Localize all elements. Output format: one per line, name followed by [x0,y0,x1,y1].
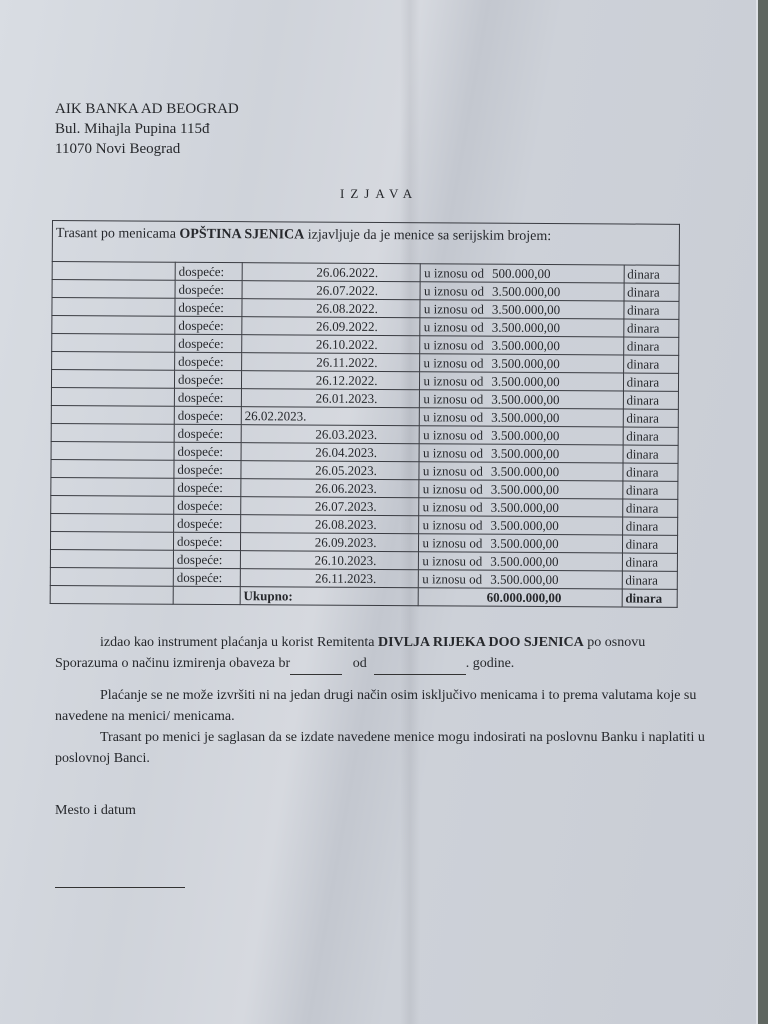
amount-value: 3.500.000,00 [490,517,558,534]
due-label: dospeće: [173,532,240,550]
due-date: 26.07.2023. [241,497,420,516]
p1-od: od [353,656,367,671]
due-label: dospeće: [174,460,241,478]
amount-cell: u iznosu od3.500.000,00 [419,534,622,553]
due-date: 26.08.2022. [242,299,421,318]
total-label: Ukupno: [240,587,419,606]
total-empty-1 [50,585,173,604]
serial-number-cell [51,459,174,478]
amount-value: 3.500.000,00 [491,355,559,372]
amount-cell: u iznosu od3.500.000,00 [420,426,623,445]
total-row: Ukupno:60.000.000,00dinara [50,585,677,607]
due-date: 26.09.2022. [242,317,421,336]
serial-number-cell [52,316,175,335]
serial-number-cell [51,441,174,460]
amount-label: u iznosu od [423,499,483,514]
serial-number-cell [51,513,174,532]
amount-label: u iznosu od [422,571,482,586]
amount-value: 3.500.000,00 [491,373,559,390]
due-date: 26.10.2023. [240,551,419,570]
p1-mid: po osnovu [587,635,645,650]
amount-cell: u iznosu od3.500.000,00 [419,498,622,517]
currency: dinara [622,535,677,553]
due-label: dospeće: [175,334,242,352]
amount-value: 3.500.000,00 [491,445,559,462]
intro-suffix: izjavljuje da je menice sa serijskim bro… [308,228,551,244]
amount-label: u iznosu od [424,283,484,298]
amount-cell: u iznosu od3.500.000,00 [419,480,622,499]
due-label: dospeće: [174,496,241,514]
bank-name: AIK BANKA AD BEOGRAD [55,99,239,119]
due-date: 26.09.2023. [240,533,419,552]
due-label: dospeće: [175,316,242,334]
p1-prefix: izdao kao instrument plaćanja u korist R… [100,635,374,650]
amount-label: u iznosu od [424,301,484,316]
amount-value: 3.500.000,00 [492,337,560,354]
amount-value: 3.500.000,00 [491,427,559,444]
amount-cell: u iznosu od3.500.000,00 [420,300,623,319]
currency: dinara [622,499,677,517]
serial-number-cell [50,567,173,586]
addressee-block: AIK BANKA AD BEOGRAD Bul. Mihajla Pupina… [55,99,239,159]
serial-number-cell [51,495,174,514]
amount-label: u iznosu od [423,517,483,532]
amount-cell: u iznosu od3.500.000,00 [420,408,623,427]
due-date: 26.11.2022. [241,353,420,372]
amount-cell: u iznosu od3.500.000,00 [419,516,622,535]
due-label: dospeće: [175,352,242,370]
serial-number-cell [51,405,174,424]
amount-value: 3.500.000,00 [491,499,559,516]
amount-value: 3.500.000,00 [492,301,560,318]
intro-cell: Trasant po menicama OPŠTINA SJENICA izja… [52,221,679,266]
amount-cell: u iznosu od3.500.000,00 [420,354,623,373]
currency: dinara [623,427,678,445]
due-date: 26.01.2023. [241,389,420,408]
due-date: 26.06.2022. [242,263,421,282]
amount-cell: u iznosu od3.500.000,00 [420,336,623,355]
serial-number-cell [52,280,175,299]
serial-number-cell [51,423,174,442]
paragraph-issuance: izdao kao instrument plaćanja u korist R… [55,632,705,675]
due-label: dospeće: [174,370,241,388]
due-label: dospeće: [174,406,241,424]
serial-number-cell [51,387,174,406]
amount-label: u iznosu od [423,373,483,388]
amount-cell: u iznosu od3.500.000,00 [420,282,623,301]
intro-prefix: Trasant po menicama [56,226,176,242]
currency: dinara [623,319,678,337]
amount-label: u iznosu od [423,427,483,442]
total-currency: dinara [622,589,677,607]
serial-number-cell [51,477,174,496]
amount-value: 3.500.000,00 [491,481,559,498]
amount-cell: u iznosu od3.500.000,00 [419,462,622,481]
due-date: 26.07.2022. [242,281,421,300]
currency: dinara [622,571,677,589]
amount-cell: u iznosu od3.500.000,00 [419,444,622,463]
currency: dinara [623,391,678,409]
currency: dinara [623,409,678,427]
serial-number-cell [52,334,175,353]
amount-value: 3.500.000,00 [490,535,558,552]
due-date: 26.10.2022. [242,335,421,354]
due-date: 26.05.2023. [241,461,420,480]
amount-value: 3.500.000,00 [491,409,559,426]
amount-cell: u iznosu od3.500.000,00 [420,390,623,409]
amount-label: u iznosu od [423,463,483,478]
signature-line[interactable] [55,887,185,888]
amount-cell: u iznosu od3.500.000,00 [419,552,622,571]
amount-value: 500.000,00 [492,265,551,282]
due-label: dospeće: [173,550,240,568]
due-date: 26.04.2023. [241,443,420,462]
p1-suffix: . godine. [466,656,515,671]
currency: dinara [622,553,677,571]
serial-number-cell [51,370,174,389]
payee-name: DIVLJA RIJEKA DOO SJENICA [378,635,584,650]
amount-cell: u iznosu od3.500.000,00 [420,372,623,391]
due-label: dospeće: [175,280,242,298]
paragraph-payment: Plaćanje se ne može izvršiti ni na jedan… [55,685,705,727]
amount-cell: u iznosu od500.000,00 [421,264,624,283]
paragraph-endorsement: Trasant po menici je saglasan da se izda… [55,727,705,769]
currency: dinara [624,301,679,319]
currency: dinara [624,283,679,301]
currency: dinara [623,463,678,481]
promissory-notes-table: Trasant po menicama OPŠTINA SJENICA izja… [50,220,680,608]
amount-value: 3.500.000,00 [490,553,558,570]
amount-label: u iznosu od [423,391,483,406]
due-label: dospeće: [174,514,241,532]
due-label: dospeće: [175,298,242,316]
agreement-date-blank[interactable] [374,653,466,675]
document-title: IZJAVA [340,186,418,202]
amount-value: 3.500.000,00 [490,571,558,588]
due-date: 26.06.2023. [241,479,420,498]
amount-label: u iznosu od [424,265,484,280]
p1-line2: Sporazuma o načinu izmirenja obaveza br [55,656,290,671]
due-date: 26.12.2022. [241,371,420,390]
serial-number-cell [52,352,175,371]
amount-value: 3.500.000,00 [492,319,560,336]
total-empty-2 [173,586,240,604]
amount-value: 3.500.000,00 [491,391,559,408]
due-label: dospeće: [174,442,241,460]
due-date: 26.02.2023. [241,407,420,426]
agreement-number-blank[interactable] [290,653,342,675]
amount-cell: u iznosu od3.500.000,00 [420,318,623,337]
due-date: 26.08.2023. [240,515,419,534]
currency: dinara [622,481,677,499]
amount-label: u iznosu od [422,535,482,550]
amount-label: u iznosu od [423,409,483,424]
due-date: 26.03.2023. [241,425,420,444]
p3-text: Trasant po menici je saglasan da se izda… [55,730,705,766]
table-intro-row: Trasant po menicama OPŠTINA SJENICA izja… [52,221,679,266]
place-date-label: Mesto i datum [55,800,705,821]
currency: dinara [622,517,677,535]
paper-edge [756,0,758,1024]
bank-street: Bul. Mihajla Pupina 115đ [55,119,239,139]
amount-label: u iznosu od [422,553,482,568]
amount-value: 3.500.000,00 [492,283,560,300]
currency: dinara [623,355,678,373]
currency: dinara [623,445,678,463]
amount-label: u iznosu od [424,337,484,352]
amount-label: u iznosu od [424,355,484,370]
amount-label: u iznosu od [424,319,484,334]
p2-text: Plaćanje se ne može izvršiti ni na jedan… [55,688,696,724]
amount-value: 3.500.000,00 [491,463,559,480]
total-amount: 60.000.000,00 [419,588,622,607]
amount-label: u iznosu od [423,445,483,460]
due-label: dospeće: [174,478,241,496]
amount-cell: u iznosu od3.500.000,00 [419,570,622,589]
drawer-name: OPŠTINA SJENICA [179,227,304,243]
due-label: dospeće: [173,568,240,586]
due-label: dospeće: [175,262,242,280]
bank-city: 11070 Novi Beograd [55,139,239,159]
due-date: 26.11.2023. [240,569,419,588]
currency: dinara [624,265,679,283]
due-label: dospeće: [174,388,241,406]
serial-number-cell [52,298,175,317]
due-label: dospeće: [174,424,241,442]
amount-label: u iznosu od [423,481,483,496]
serial-number-cell [52,262,175,281]
currency: dinara [623,373,678,391]
currency: dinara [623,337,678,355]
serial-number-cell [50,549,173,568]
serial-number-cell [50,531,173,550]
